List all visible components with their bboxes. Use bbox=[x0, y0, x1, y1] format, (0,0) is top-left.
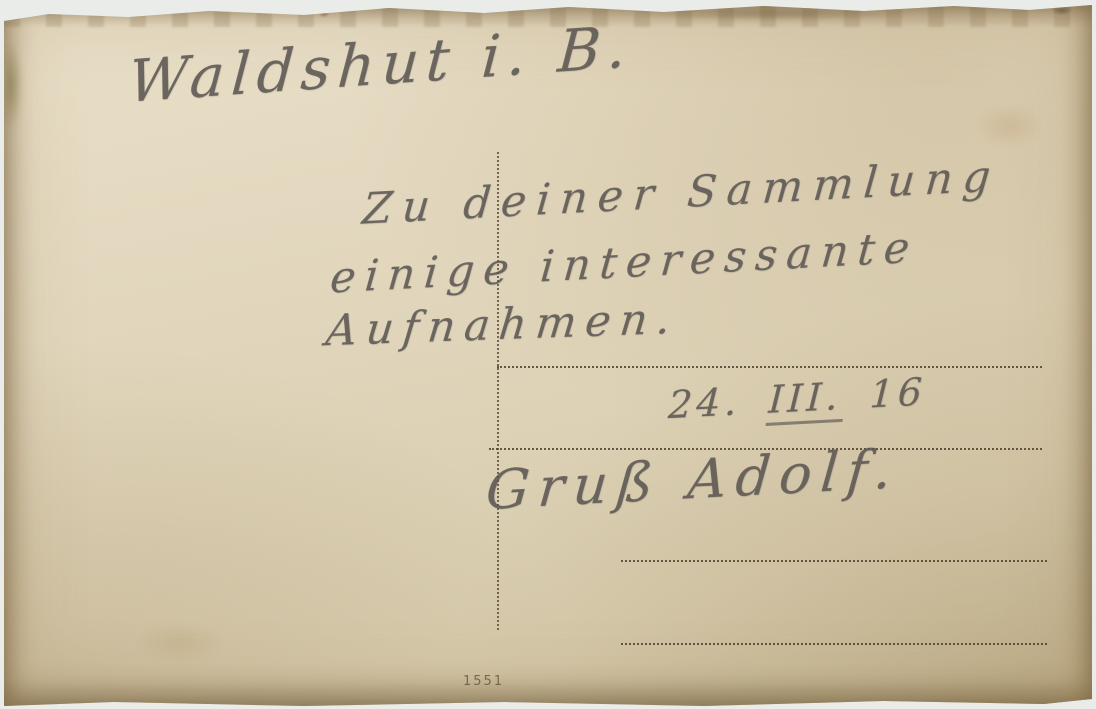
date-year: 16 bbox=[868, 369, 927, 416]
date-day: 24. bbox=[667, 379, 742, 427]
red-fleck-stain bbox=[318, 9, 330, 18]
left-edge-smudge-stain bbox=[5, 41, 23, 129]
address-line-3 bbox=[621, 560, 1047, 562]
scanned-postcard-back: Waldshut i. B. Zu deiner Sammlung einige… bbox=[0, 0, 1096, 709]
top-center-smudge-stain bbox=[644, 7, 904, 21]
address-line-1 bbox=[497, 366, 1042, 368]
printer-plate-number: 1551 bbox=[463, 674, 504, 689]
address-line-4 bbox=[621, 643, 1047, 645]
top-right-speck-stain bbox=[1052, 6, 1072, 15]
bottom-foxing-stain bbox=[134, 623, 224, 663]
date-month-roman-underlined: III. bbox=[765, 374, 845, 426]
right-foxing-stain bbox=[974, 103, 1044, 149]
